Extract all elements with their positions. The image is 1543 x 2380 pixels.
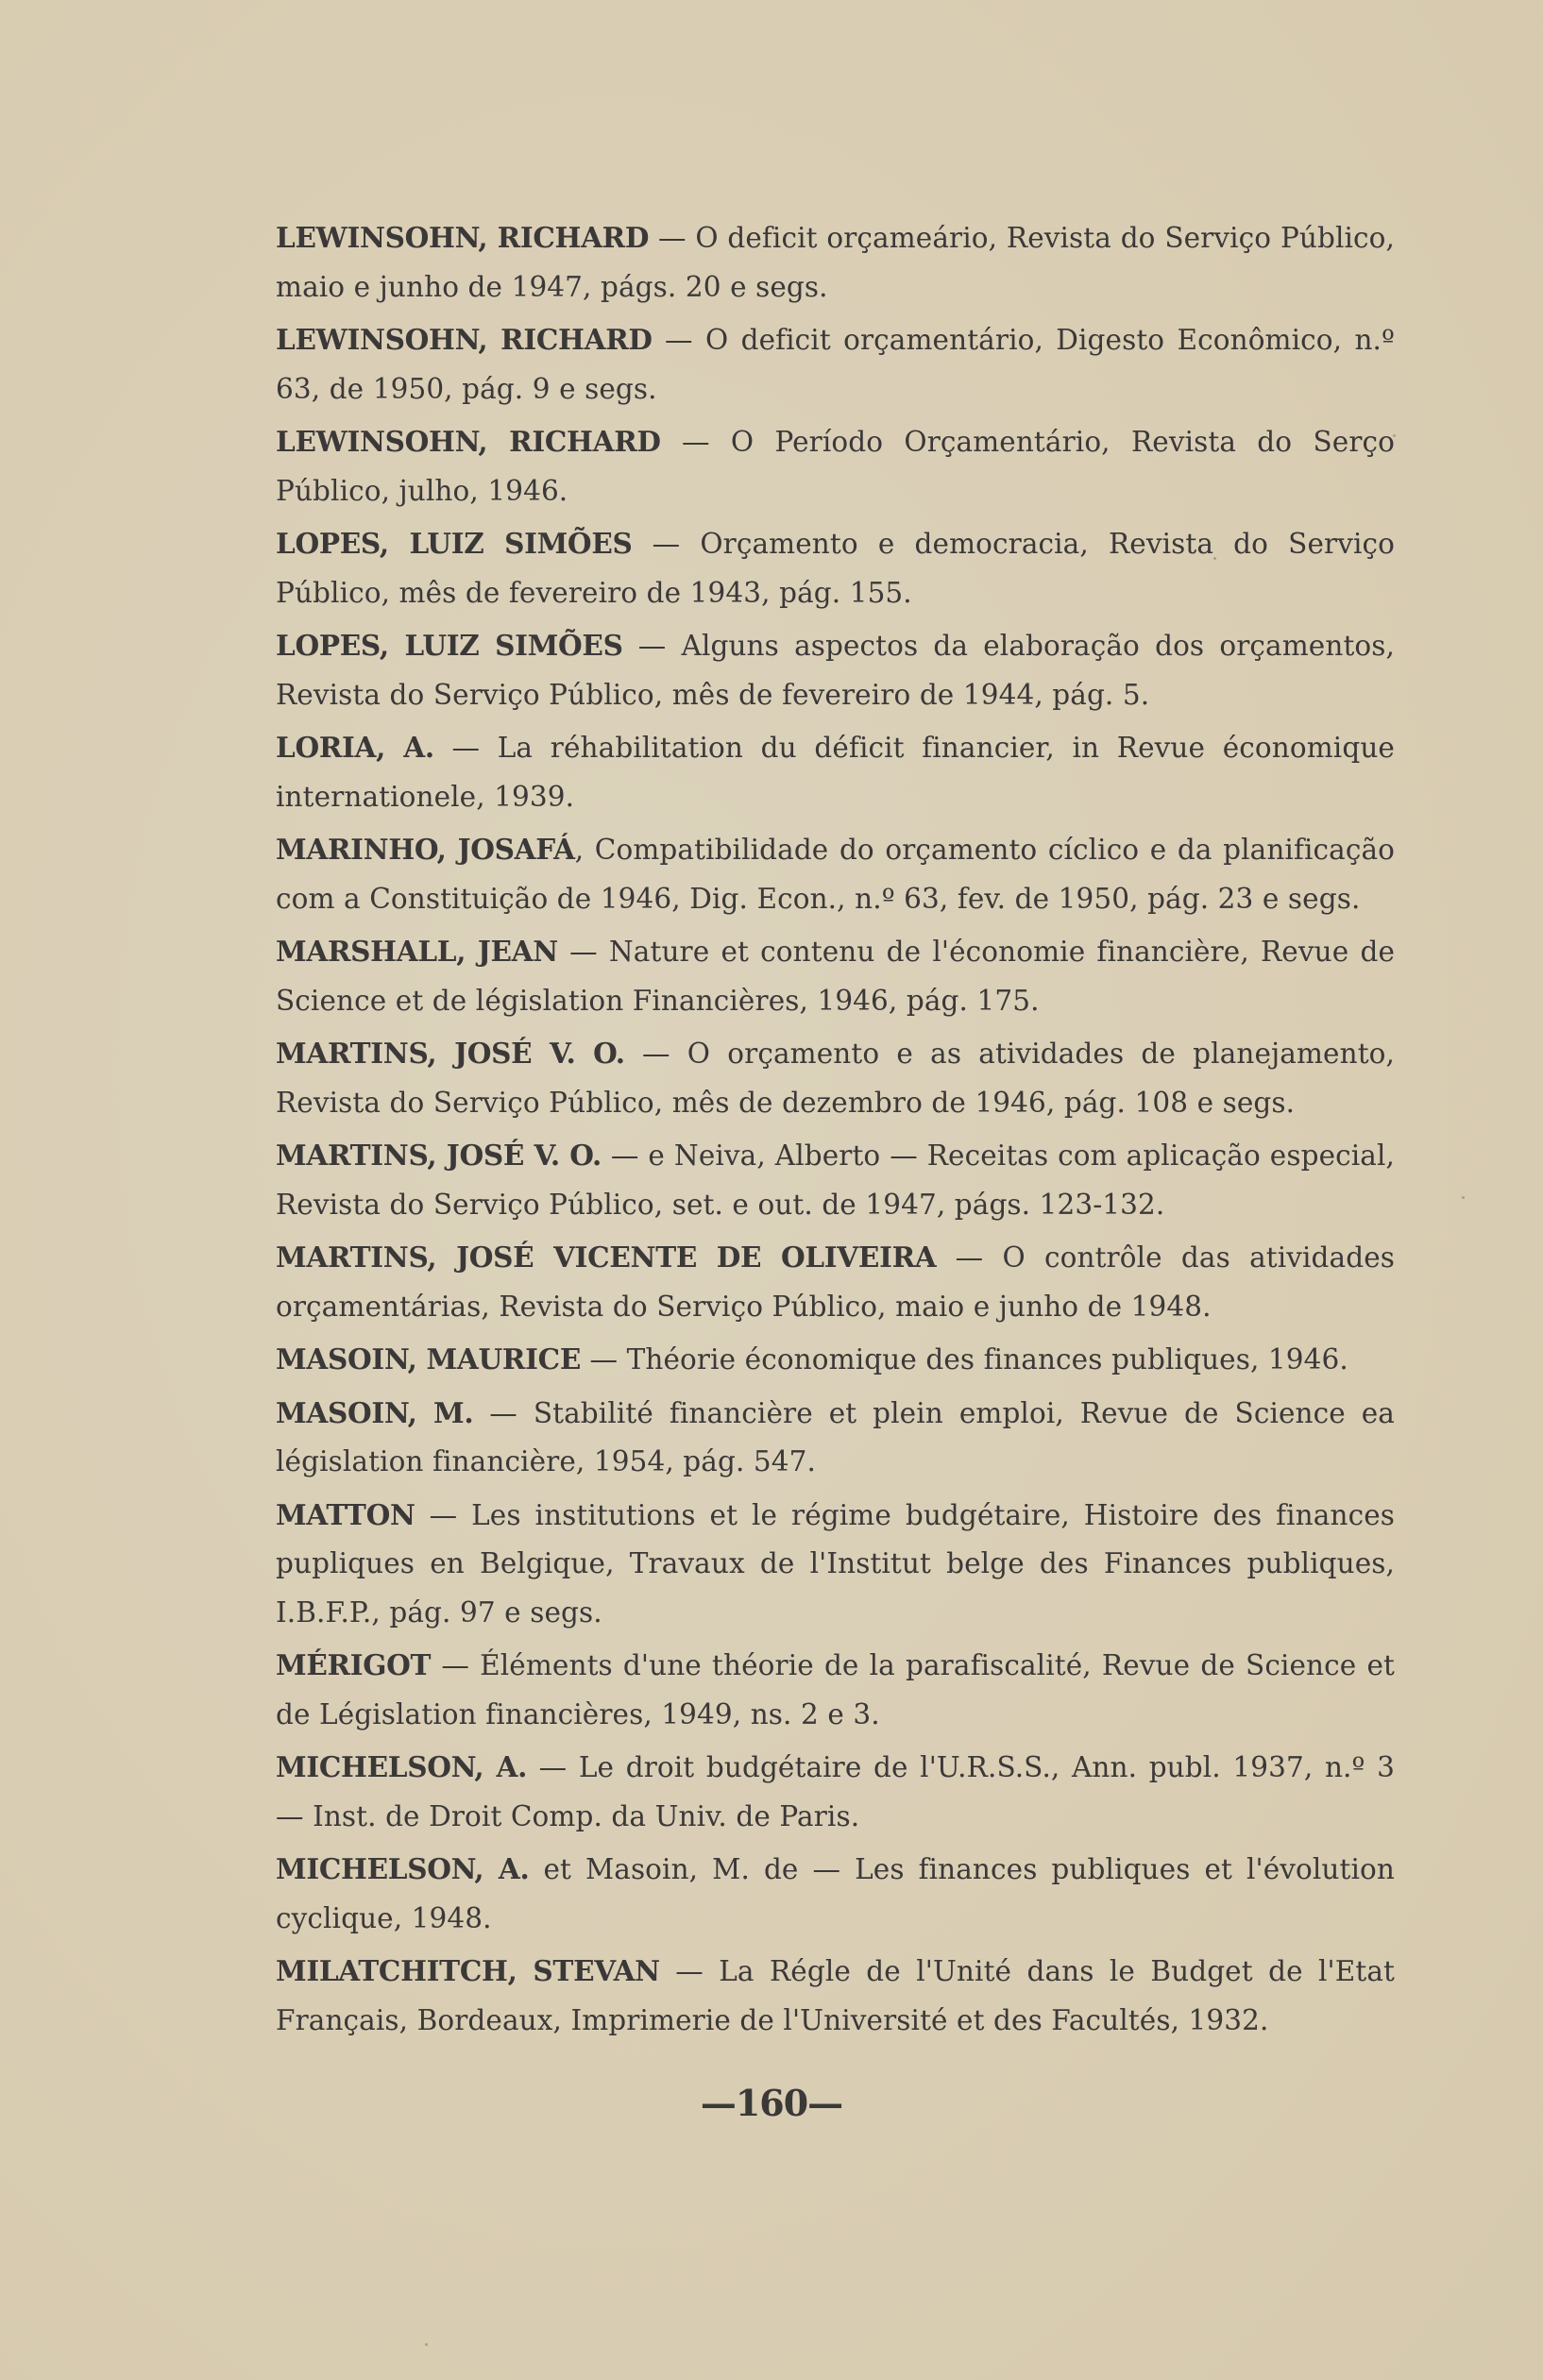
entry-author: MARINHO, JOSAFÁ bbox=[276, 833, 575, 866]
bibliography-entry: LORIA, A. — La réhabilitation du déficit… bbox=[276, 723, 1395, 821]
bibliography-entry: MICHELSON, A. — Le droit budgétaire de l… bbox=[276, 1743, 1395, 1841]
paper-speck bbox=[1213, 557, 1216, 560]
bibliography-entry: MASOIN, M. — Stabilité financière et ple… bbox=[276, 1389, 1395, 1487]
bibliography-page: LEWINSOHN, RICHARD — O deficit orçameári… bbox=[276, 213, 1395, 2049]
paper-speck bbox=[1393, 434, 1396, 437]
bibliography-entry: LEWINSOHN, RICHARD — O Período Orçamentá… bbox=[276, 417, 1395, 515]
entry-author: LORIA, A. bbox=[276, 731, 434, 764]
entry-author: MÉRIGOT bbox=[276, 1648, 431, 1681]
bibliography-entry: LEWINSOHN, RICHARD — O deficit orçameári… bbox=[276, 213, 1395, 312]
bibliography-entry: MARTINS, JOSÉ V. O. — e Neiva, Alberto —… bbox=[276, 1131, 1395, 1229]
bibliography-entry: LOPES, LUIZ SIMÕES — Orçamento e democra… bbox=[276, 519, 1395, 617]
bibliography-entry: MARINHO, JOSAFÁ, Compatibilidade do orça… bbox=[276, 825, 1395, 923]
entry-author: LOPES, LUIZ SIMÕES bbox=[276, 527, 633, 560]
entry-author: LEWINSOHN, RICHARD bbox=[276, 221, 649, 254]
entry-author: LEWINSOHN, RICHARD bbox=[276, 425, 661, 458]
page-number: —160— bbox=[0, 2082, 1543, 2124]
entry-author: MARSHALL, JEAN bbox=[276, 935, 558, 968]
entry-author: LOPES, LUIZ SIMÕES bbox=[276, 629, 623, 662]
bibliography-entry: MICHELSON, A. et Masoin, M. de — Les fin… bbox=[276, 1845, 1395, 1943]
bibliography-entry: LEWINSOHN, RICHARD — O deficit orçamentá… bbox=[276, 315, 1395, 414]
bibliography-entry: MARSHALL, JEAN — Nature et contenu de l'… bbox=[276, 927, 1395, 1025]
paper-speck bbox=[1462, 1196, 1465, 1199]
bibliography-entry: MATTON — Les institutions et le régime b… bbox=[276, 1491, 1395, 1638]
entry-text: — Les institutions et le régime budgétai… bbox=[276, 1499, 1395, 1629]
bibliography-entry: MILATCHITCH, STEVAN — La Régle de l'Unit… bbox=[276, 1947, 1395, 2045]
entry-author: MARTINS, JOSÉ VICENTE DE OLIVEIRA bbox=[276, 1241, 936, 1274]
bibliography-entry: MARTINS, JOSÉ V. O. — O orçamento e as a… bbox=[276, 1029, 1395, 1127]
bibliography-entry: MARTINS, JOSÉ VICENTE DE OLIVEIRA — O co… bbox=[276, 1233, 1395, 1331]
entry-author: MILATCHITCH, STEVAN bbox=[276, 1954, 660, 1987]
bibliography-entry: LOPES, LUIZ SIMÕES — Alguns aspectos da … bbox=[276, 621, 1395, 719]
entry-author: LEWINSOHN, RICHARD bbox=[276, 323, 653, 356]
paper-speck bbox=[425, 2343, 428, 2346]
entry-text: — Théorie économique des finances publiq… bbox=[581, 1343, 1348, 1376]
entry-author: MASOIN, M. bbox=[276, 1396, 473, 1429]
bibliography-entry: MÉRIGOT — Éléments d'une théorie de la p… bbox=[276, 1641, 1395, 1739]
entry-author: MARTINS, JOSÉ V. O. bbox=[276, 1037, 625, 1070]
entry-author: MATTON bbox=[276, 1498, 415, 1531]
bibliography-entry: MASOIN, MAURICE — Théorie économique des… bbox=[276, 1335, 1395, 1385]
entry-author: MICHELSON, A. bbox=[276, 1750, 527, 1783]
entry-text: — La réhabilitation du déficit financier… bbox=[276, 732, 1395, 813]
entry-author: MARTINS, JOSÉ V. O. bbox=[276, 1139, 602, 1172]
entry-author: MASOIN, MAURICE bbox=[276, 1342, 581, 1376]
entry-author: MICHELSON, A. bbox=[276, 1852, 529, 1885]
entry-text: — Éléments d'une théorie de la parafisca… bbox=[276, 1649, 1395, 1730]
